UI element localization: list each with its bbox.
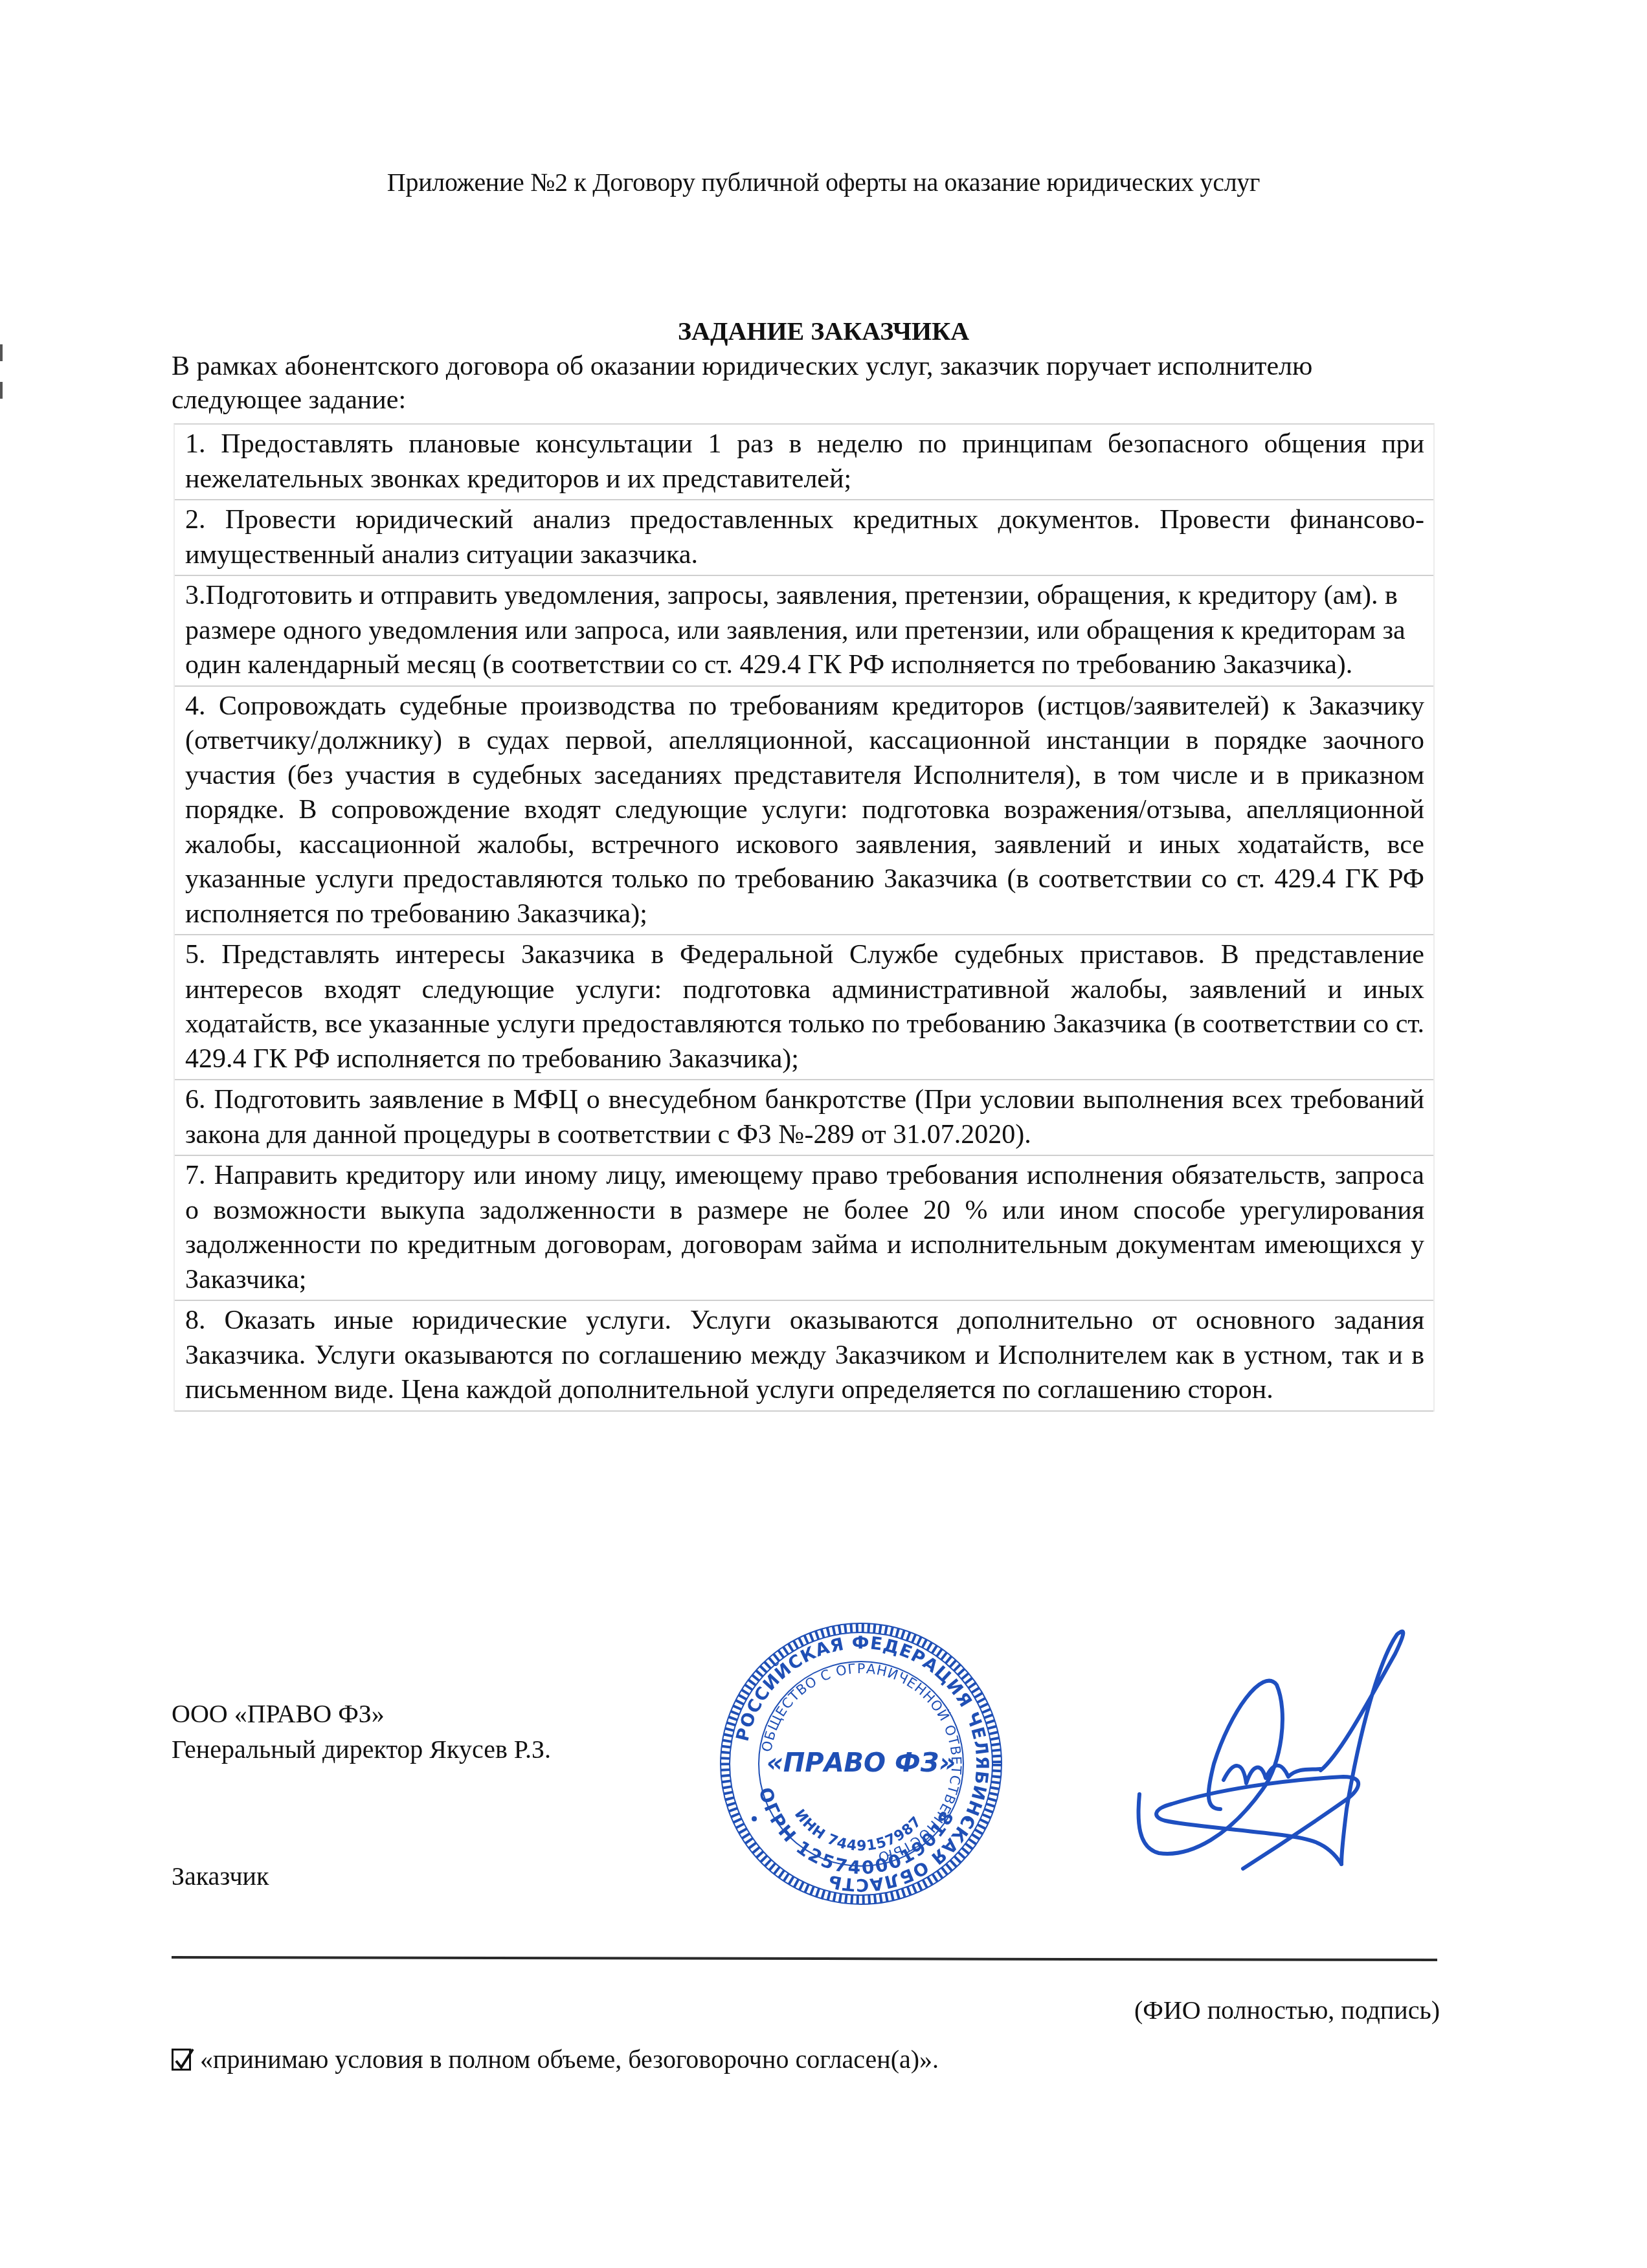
signature-caption: (ФИО полностью, подпись) [1134,1995,1440,2025]
task-item-5: 5. Представлять интересы Заказчика в Фед… [175,935,1433,1080]
task-item-3: 3.Подготовить и отправить уведомления, з… [175,576,1433,687]
director-signature-icon [1088,1615,1450,1874]
executor-company: ООО «ПРАВО ФЗ» [172,1696,551,1731]
task-list-table: 1. Предоставлять плановые консультации 1… [174,423,1435,1412]
annex-title: Приложение №2 к Договору публичной оферт… [0,167,1647,197]
stamp-center-text: «ПРАВО ФЗ» [767,1748,956,1778]
task-item-2: 2. Провести юридический анализ предостав… [175,500,1433,576]
scan-margin-mark [0,382,3,399]
acceptance-row: «принимаю условия в полном объеме, безог… [172,2044,939,2074]
task-item-4: 4. Сопровождать судебные производства по… [175,687,1433,936]
task-item-6: 6. Подготовить заявление в МФЦ о внесуде… [175,1080,1433,1156]
task-item-7: 7. Направить кредитору или иному лицу, и… [175,1156,1433,1301]
checkmark-icon [172,2047,196,2073]
customer-signature-line[interactable] [172,1956,1437,1961]
acceptance-checkbox[interactable] [172,2049,191,2071]
scan-margin-mark [0,344,3,361]
executor-signatory: Генеральный директор Якусев Р.З. [172,1731,551,1767]
task-item-8: 8. Оказать иные юридические услуги. Услу… [175,1301,1433,1412]
executor-block: ООО «ПРАВО ФЗ» Генеральный директор Якус… [172,1696,551,1767]
customer-label: Заказчик [172,1861,269,1891]
intro-paragraph: В рамках абонентского договора об оказан… [172,350,1440,417]
company-stamp-icon: РОССИЙСКАЯ ФЕДЕРАЦИЯ ЧЕЛЯБИНСКАЯ ОБЛАСТЬ… [706,1621,1016,1906]
document-title: ЗАДАНИЕ ЗАКАЗЧИКА [0,316,1647,346]
acceptance-text: «принимаю условия в полном объеме, безог… [200,2044,939,2074]
task-item-1: 1. Предоставлять плановые консультации 1… [175,425,1433,500]
